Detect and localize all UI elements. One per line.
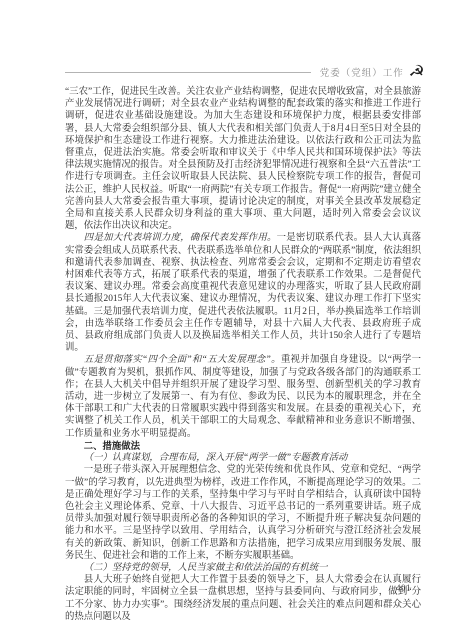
paragraph-lead: 五是贯彻落实“四个全面”和“五大发展理念”。 (84, 355, 281, 365)
paragraph-text: 一是密切联系代表。县人大认真落实常委会组成人员联系代表、代表联系选举单位和人民群… (65, 233, 421, 353)
page-body: “三农”工作，促进民生改善。关注农业产业结构调整，促进农民增收致富，对全县旅游产… (65, 86, 421, 623)
page-number: 401 (396, 583, 411, 593)
paragraph-item-four: 四是加大代表培训力度，确保代表发挥作用。一是密切联系代表。县人大认真落实常委会组… (65, 232, 421, 354)
section-heading-measures: 二、措施做法 (65, 440, 421, 452)
header-title: 党委（党组）工作 (320, 65, 404, 79)
page-header: 党委（党组）工作 ☭ (65, 63, 424, 81)
paragraph-leadership: 县人大班子始终自觉把人大工作置于县委的领导之下，县人大常委会在认真履行法定职能的… (65, 574, 421, 623)
paragraph-text: “三农”工作，促进民生改善。关注农业产业结构调整，促进农民增收致富，对全县旅游产… (65, 87, 421, 231)
party-emblem-icon: ☭ (407, 62, 425, 82)
paragraph-text: 重视并加强自身建设。以“两学一做”专题教育为契机，狠抓作风、制度等建设，加强了与… (65, 355, 421, 438)
heading-text: 二、措施做法 (84, 440, 140, 451)
paragraph-continuation: “三农”工作，促进民生改善。关注农业产业结构调整，促进农民增收致富，对全县旅游产… (65, 86, 421, 232)
paragraph-item-five: 五是贯彻落实“四个全面”和“五大发展理念”。重视并加强自身建设。以“两学一做”专… (65, 354, 421, 439)
subheading-text: （二）坚持党的领导，人民当家做主和依法治国的有机统一 (84, 563, 328, 573)
paragraph-text: 一是班子带头深入开展理想信念、党的光荣传统和优良作风、党章和党纪、“两学一做”的… (65, 465, 421, 560)
subheading-text: （一）认真谋划，合理布局，深入开展“两学一做”专题教育活动 (84, 453, 348, 463)
document-page: 党委（党组）工作 ☭ “三农”工作，促进民生改善。关注农业产业结构调整，促进农民… (0, 0, 468, 640)
paragraph-text: 县人大班子始终自觉把人大工作置于县委的领导之下，县人大常委会在认真履行法定职能的… (65, 575, 421, 622)
subsection-heading-1: （一）认真谋划，合理布局，深入开展“两学一做”专题教育活动 (65, 452, 421, 464)
subsection-heading-2: （二）坚持党的领导，人民当家做主和依法治国的有机统一 (65, 562, 421, 574)
paragraph-lead: 四是加大代表培训力度，确保代表发挥作用。 (84, 233, 277, 243)
header-rule (65, 72, 311, 73)
paragraph-education: 一是班子带头深入开展理想信念、党的光荣传统和优良作风、党章和党纪、“两学一做”的… (65, 464, 421, 562)
